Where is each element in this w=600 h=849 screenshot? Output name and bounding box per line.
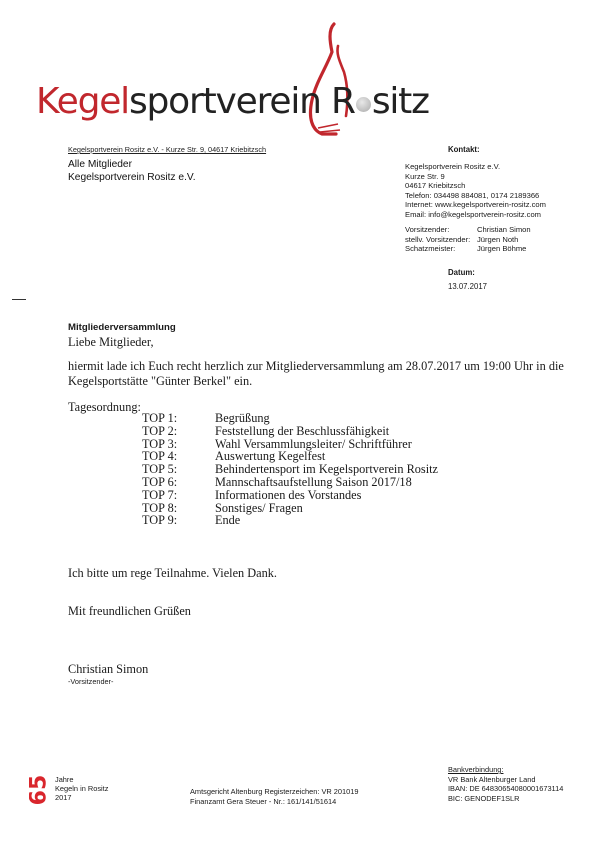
contact-line: 04617 Kriebitzsch: [405, 181, 546, 191]
agenda-text: Mannschaftsaufstellung Saison 2017/18: [215, 476, 412, 489]
board-role: stellv. Vorsitzender:: [405, 235, 477, 245]
board-row: Schatzmeister: Jürgen Böhme: [405, 244, 531, 254]
bank-name: VR Bank Altenburger Land: [448, 775, 563, 785]
contact-heading: Kontakt:: [448, 145, 480, 154]
agenda-item: TOP 7:Informationen des Vorstandes: [142, 489, 438, 502]
agenda-item: TOP 6:Mannschaftsaufstellung Saison 2017…: [142, 476, 438, 489]
contact-line: Kurze Str. 9: [405, 172, 546, 182]
agenda-item: TOP 2:Feststellung der Beschlussfähigkei…: [142, 425, 438, 438]
agenda-item: TOP 9:Ende: [142, 514, 438, 527]
letter-greeting: Liebe Mitglieder,: [68, 335, 154, 350]
board-role: Vorsitzender:: [405, 225, 477, 235]
anniversary-line-1: Jahre: [55, 775, 108, 784]
agenda-text: Ende: [215, 514, 240, 527]
date-heading: Datum:: [448, 268, 475, 277]
anniversary-text: Jahre Kegeln in Rositz 2017: [55, 775, 108, 802]
agenda-number: TOP 9:: [142, 514, 215, 527]
recipient-address: Alle Mitglieder Kegelsportverein Rositz …: [68, 159, 196, 184]
bank-bic: BIC: GENODEF1SLR: [448, 794, 563, 804]
bowling-ball-icon: [356, 97, 371, 112]
agenda-heading: Tagesordnung:: [68, 400, 141, 415]
registry-info: Amtsgericht Altenburg Registerzeichen: V…: [190, 787, 358, 806]
board-role: Schatzmeister:: [405, 244, 477, 254]
agenda-item: TOP 8:Sonstiges/ Fragen: [142, 502, 438, 515]
board-row: stellv. Vorsitzender: Jürgen Noth: [405, 235, 531, 245]
anniversary-65-badge-icon: 65: [29, 772, 49, 808]
anniversary-line-2: Kegeln in Rositz: [55, 784, 108, 793]
letter-closing: Ich bitte um rege Teilnahme. Vielen Dank…: [68, 566, 277, 581]
registry-tax: Finanzamt Gera Steuer - Nr.: 161/141/516…: [190, 797, 358, 807]
recipient-line-1: Alle Mitglieder: [68, 159, 196, 172]
contact-line: Kegelsportverein Rositz e.V.: [405, 162, 546, 172]
board-name: Jürgen Noth: [477, 235, 518, 245]
signer-name: Christian Simon: [68, 662, 148, 677]
logo-text-kegel: Kegel: [36, 81, 129, 122]
agenda-list: TOP 1:Begrüßung TOP 2:Feststellung der B…: [142, 412, 438, 527]
board-row: Vorsitzender: Christian Simon: [405, 225, 531, 235]
letter-subject: Mitgliederversammlung: [68, 322, 176, 333]
agenda-number: TOP 7:: [142, 489, 215, 502]
bank-heading: Bankverbindung:: [448, 765, 563, 775]
bank-details: Bankverbindung: VR Bank Altenburger Land…: [448, 765, 563, 803]
contact-phone: Telefon: 034498 884081, 0174 2189366: [405, 191, 546, 201]
board-name: Jürgen Böhme: [477, 244, 526, 254]
logo-text-sitz: sitz: [372, 81, 429, 122]
agenda-text: Informationen des Vorstandes: [215, 489, 361, 502]
contact-website: Internet: www.kegelsportverein-rositz.co…: [405, 200, 546, 210]
bank-iban: IBAN: DE 64830654080001673114: [448, 784, 563, 794]
board-name: Christian Simon: [477, 225, 531, 235]
fold-mark: [12, 299, 26, 300]
letter-intro-paragraph: hiermit lade ich Euch recht herzlich zur…: [68, 359, 588, 388]
agenda-text: Begrüßung: [215, 412, 270, 425]
badge-number: 65: [29, 775, 49, 806]
agenda-text: Feststellung der Beschlussfähigkeit: [215, 425, 389, 438]
registry-court: Amtsgericht Altenburg Registerzeichen: V…: [190, 787, 358, 797]
contact-details: Kegelsportverein Rositz e.V. Kurze Str. …: [405, 162, 546, 220]
logo-text-r: R: [331, 81, 355, 122]
signer-role: -Vorsitzender-: [68, 677, 113, 686]
agenda-number: TOP 2:: [142, 425, 215, 438]
agenda-item: TOP 1:Begrüßung: [142, 412, 438, 425]
anniversary-line-3: 2017: [55, 793, 108, 802]
agenda-number: TOP 6:: [142, 476, 215, 489]
recipient-line-2: Kegelsportverein Rositz e.V.: [68, 172, 196, 185]
contact-email: Email: info@kegelsportverein-rositz.com: [405, 210, 546, 220]
sender-address-line: Kegelsportverein Rositz e.V. - Kurze Str…: [68, 145, 266, 154]
club-logo: Kegelsportverein Rsitz: [36, 82, 429, 122]
letter-regards: Mit freundlichen Grüßen: [68, 604, 191, 619]
logo-text-sportverein: sportverein: [129, 81, 321, 122]
agenda-number: TOP 1:: [142, 412, 215, 425]
board-members: Vorsitzender: Christian Simon stellv. Vo…: [405, 225, 531, 254]
letter-date: 13.07.2017: [448, 282, 487, 291]
